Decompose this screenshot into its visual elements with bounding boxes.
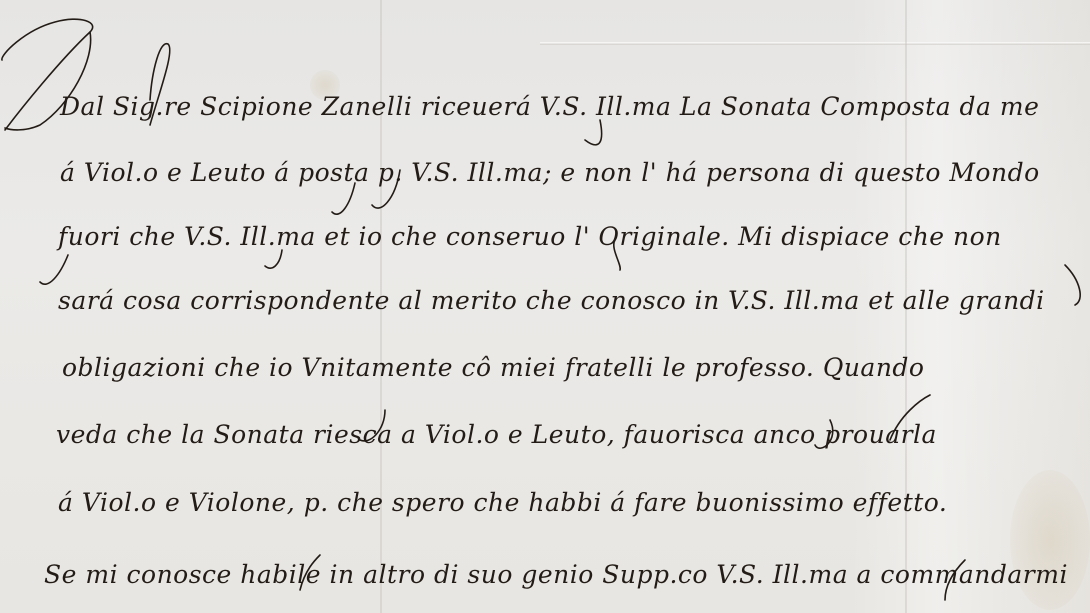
letter-line-5: obligazioni che io Vnitamente cô miei fr… — [62, 353, 924, 382]
letter-body: Dal Sig.re Scipione Zanelli riceuerá V.S… — [0, 0, 1090, 613]
letter-line-8: Se mi conosce habile in altro di suo gen… — [44, 560, 1068, 589]
manuscript-page: Dal Sig.re Scipione Zanelli riceuerá V.S… — [0, 0, 1090, 613]
letter-line-3: fuori che V.S. Ill.ma et io che conseruo… — [58, 222, 1002, 251]
letter-line-7: á Viol.o e Violone, p. che spero che hab… — [58, 488, 947, 517]
letter-line-1: Dal Sig.re Scipione Zanelli riceuerá V.S… — [60, 92, 1039, 121]
letter-line-4: sará cosa corrispondente al merito che c… — [58, 286, 1045, 315]
letter-line-6: veda che la Sonata riesca a Viol.o e Leu… — [56, 420, 937, 449]
letter-line-2: á Viol.o e Leuto á posta p. V.S. Ill.ma;… — [60, 158, 1040, 187]
